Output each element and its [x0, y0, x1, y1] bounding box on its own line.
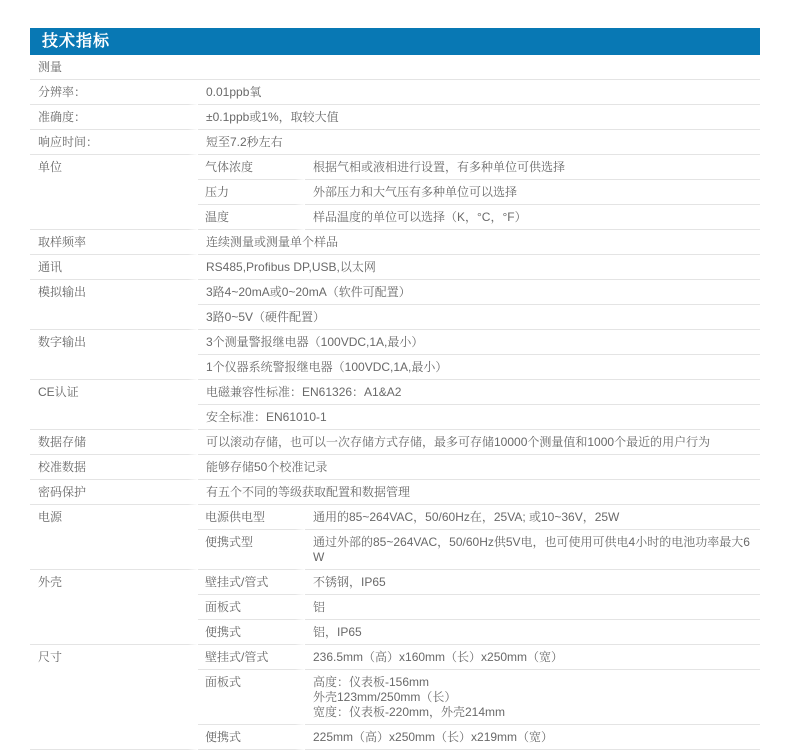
spec-subkey: 壁挂式/管式	[198, 645, 305, 670]
spec-row: 取样频率连续测量或测量单个样品	[30, 230, 760, 255]
spec-row: 单位气体浓度根据气相或液相进行设置，有多种单位可供选择	[30, 155, 760, 180]
spec-value: 3个测量警报继电器（100VDC,1A,最小）	[198, 330, 760, 355]
spec-label: 电源	[30, 505, 198, 570]
spec-row: 校准数据能够存储50个校准记录	[30, 455, 760, 480]
spec-subkey: 面板式	[198, 595, 305, 620]
spec-value: 能够存储50个校准记录	[198, 455, 760, 480]
spec-value: 不锈钢，IP65	[305, 570, 760, 595]
spec-value: 高度：仪表板-156mm 外壳123mm/250mm（长） 宽度：仪表板-220…	[305, 670, 760, 725]
spec-row: 密码保护有五个不同的等级获取配置和数据管理	[30, 480, 760, 505]
section-header: 技术指标	[30, 28, 760, 55]
spec-table-body: 测量分辨率：0.01ppb氧准确度：±0.1ppb或1%，取较大值响应时间：短至…	[30, 55, 760, 750]
page-title: 技术指标	[42, 33, 110, 50]
spec-row: CE认证电磁兼容性标准：EN61326：A1&A2	[30, 380, 760, 405]
spec-subkey: 便携式	[198, 620, 305, 645]
spec-value: 225mm（高）x250mm（长）x219mm（宽）	[305, 725, 760, 750]
spec-label: 响应时间：	[30, 130, 198, 155]
spec-row: 测量	[30, 55, 760, 80]
spec-subkey: 电源供电型	[198, 505, 305, 530]
spec-row: 外壳壁挂式/管式不锈钢，IP65	[30, 570, 760, 595]
spec-subkey: 气体浓度	[198, 155, 305, 180]
spec-row: 数字输出3个测量警报继电器（100VDC,1A,最小）	[30, 330, 760, 355]
spec-value: 铝，IP65	[305, 620, 760, 645]
spec-value: 样品温度的单位可以选择（K，°C，°F）	[305, 205, 760, 230]
spec-label: 测量	[30, 55, 760, 80]
spec-value: 短至7.2秒左右	[198, 130, 760, 155]
spec-row: 数据存储可以滚动存储，也可以一次存储方式存储，最多可存储10000个测量值和10…	[30, 430, 760, 455]
spec-label: 单位	[30, 155, 198, 230]
spec-subkey: 压力	[198, 180, 305, 205]
spec-label: 尺寸	[30, 645, 198, 750]
spec-subkey: 壁挂式/管式	[198, 570, 305, 595]
spec-value: ±0.1ppb或1%，取较大值	[198, 105, 760, 130]
spec-label: 分辨率：	[30, 80, 198, 105]
spec-row: 分辨率：0.01ppb氧	[30, 80, 760, 105]
spec-table: 测量分辨率：0.01ppb氧准确度：±0.1ppb或1%，取较大值响应时间：短至…	[30, 55, 760, 750]
spec-row: 模拟输出3路4~20mA或0~20mA（软件可配置）	[30, 280, 760, 305]
spec-value: 安全标准：EN61010-1	[198, 405, 760, 430]
spec-row: 准确度：±0.1ppb或1%，取较大值	[30, 105, 760, 130]
spec-label: 外壳	[30, 570, 198, 645]
spec-value: RS485,Profibus DP,USB,以太网	[198, 255, 760, 280]
spec-subkey: 便携式	[198, 725, 305, 750]
spec-value: 通过外部的85~264VAC，50/60Hz供5V电，也可使用可供电4小时的电池…	[305, 530, 760, 570]
page: 技术指标 测量分辨率：0.01ppb氧准确度：±0.1ppb或1%，取较大值响应…	[30, 28, 760, 750]
spec-value: 电磁兼容性标准：EN61326：A1&A2	[198, 380, 760, 405]
spec-value: 可以滚动存储，也可以一次存储方式存储，最多可存储10000个测量值和1000个最…	[198, 430, 760, 455]
spec-label: 取样频率	[30, 230, 198, 255]
spec-label: CE认证	[30, 380, 198, 430]
spec-subkey: 便携式型	[198, 530, 305, 570]
spec-row: 电源电源供电型通用的85~264VAC，50/60Hz在，25VA; 或10~3…	[30, 505, 760, 530]
spec-label: 校准数据	[30, 455, 198, 480]
spec-value: 根据气相或液相进行设置，有多种单位可供选择	[305, 155, 760, 180]
spec-value: 236.5mm（高）x160mm（长）x250mm（宽）	[305, 645, 760, 670]
spec-label: 密码保护	[30, 480, 198, 505]
spec-subkey: 面板式	[198, 670, 305, 725]
spec-value: 外部压力和大气压有多种单位可以选择	[305, 180, 760, 205]
spec-label: 准确度：	[30, 105, 198, 130]
spec-label: 模拟输出	[30, 280, 198, 330]
spec-value: 3路0~5V（硬件配置）	[198, 305, 760, 330]
spec-value: 有五个不同的等级获取配置和数据管理	[198, 480, 760, 505]
spec-row: 通讯RS485,Profibus DP,USB,以太网	[30, 255, 760, 280]
spec-value: 铝	[305, 595, 760, 620]
spec-row: 尺寸壁挂式/管式236.5mm（高）x160mm（长）x250mm（宽）	[30, 645, 760, 670]
spec-label: 通讯	[30, 255, 198, 280]
spec-subkey: 温度	[198, 205, 305, 230]
spec-value: 连续测量或测量单个样品	[198, 230, 760, 255]
spec-label: 数字输出	[30, 330, 198, 380]
spec-row: 响应时间：短至7.2秒左右	[30, 130, 760, 155]
spec-value: 0.01ppb氧	[198, 80, 760, 105]
spec-value: 3路4~20mA或0~20mA（软件可配置）	[198, 280, 760, 305]
spec-value: 1个仪器系统警报继电器（100VDC,1A,最小）	[198, 355, 760, 380]
spec-value: 通用的85~264VAC，50/60Hz在，25VA; 或10~36V，25W	[305, 505, 760, 530]
spec-label: 数据存储	[30, 430, 198, 455]
